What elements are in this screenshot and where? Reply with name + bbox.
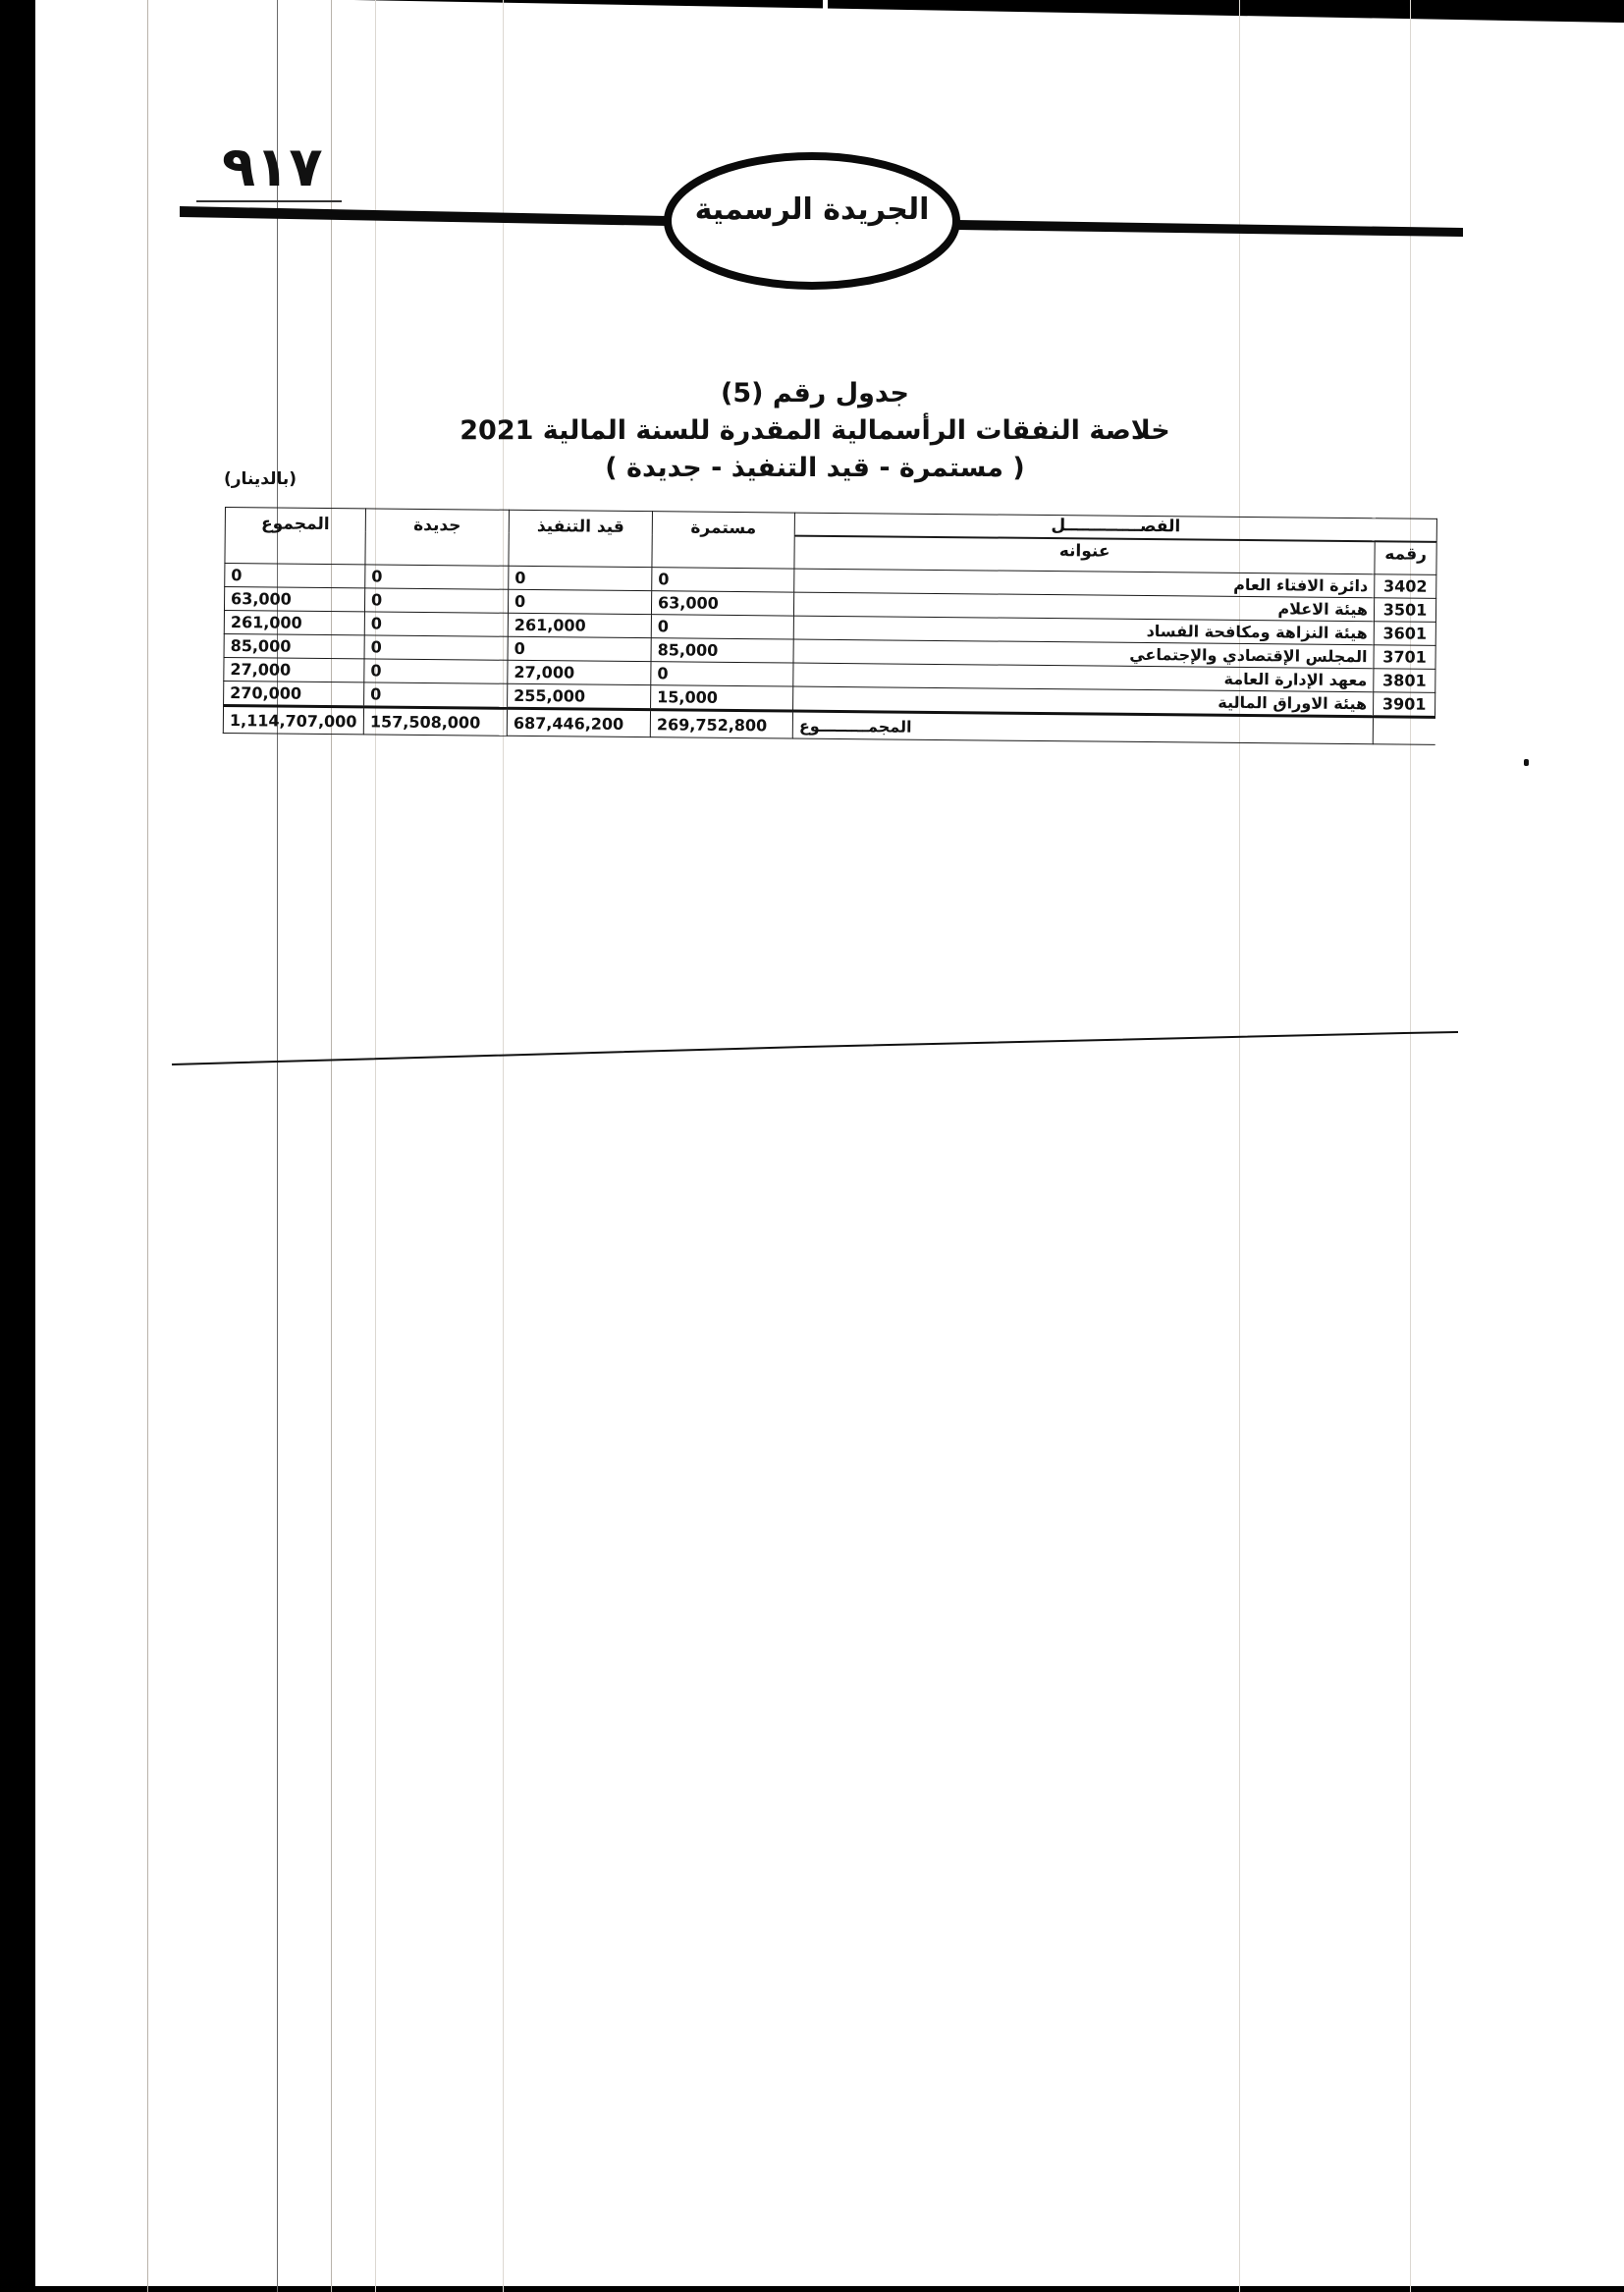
section-separator xyxy=(0,0,1624,2292)
